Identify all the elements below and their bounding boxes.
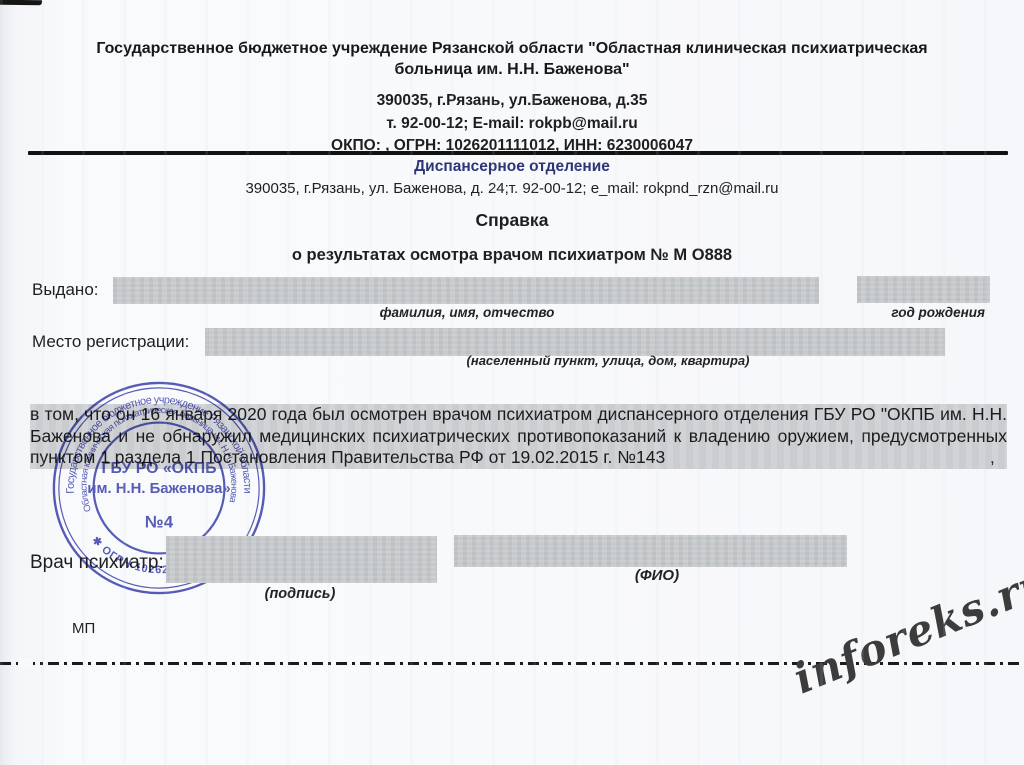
org-name: Государственное бюджетное учреждение Ряз… <box>92 38 932 80</box>
doc-title: Справка <box>0 210 1024 231</box>
doc-subtitle: о результатах осмотра врачом психиатром … <box>0 246 1024 265</box>
birth-year-field-redacted <box>857 276 990 303</box>
registration-label: Место регистрации: <box>32 332 189 352</box>
department-title: Диспансерное отделение <box>0 158 1024 176</box>
doctor-label: Врач психиатр: <box>30 552 164 574</box>
scan-artifact-topleft <box>0 0 42 5</box>
stamp-center-line2: им. Н.Н. Баженова» <box>87 481 230 497</box>
header-divider <box>28 151 1008 155</box>
org-phone-email: т. 92-00-12; E-mail: rokpb@mail.ru <box>0 115 1024 133</box>
registration-hint: (населенный пункт, улица, дом, квартира) <box>433 353 783 368</box>
stray-comma-artifact: , <box>990 448 995 468</box>
name-hint: фамилия, имя, отчество <box>317 305 617 320</box>
issued-label: Выдано: <box>32 280 99 300</box>
scanned-certificate-page: Государственное бюджетное учреждение Ряз… <box>0 0 1024 765</box>
department-address: 390035, г.Рязань, ул. Баженова, д. 24;т.… <box>0 180 1024 197</box>
doctor-name-field-redacted <box>454 535 847 567</box>
dashed-line-gap <box>18 658 33 668</box>
stamp-center-line1: ГБУ РО «ОКПБ <box>101 460 216 477</box>
doctor-name-hint: (ФИО) <box>577 567 737 584</box>
signature-field-redacted <box>166 536 437 583</box>
issued-name-field-redacted <box>113 277 819 304</box>
birth-year-hint: год рождения <box>835 305 985 320</box>
stamp-center-line3: №4 <box>145 513 174 532</box>
org-address: 390035, г.Рязань, ул.Баженова, д.35 <box>0 92 1024 110</box>
signature-hint: (подпись) <box>220 586 380 602</box>
watermark: inforeks.ru <box>787 556 1024 704</box>
seal-place-label: МП <box>72 620 95 637</box>
registration-field-redacted <box>205 328 945 356</box>
